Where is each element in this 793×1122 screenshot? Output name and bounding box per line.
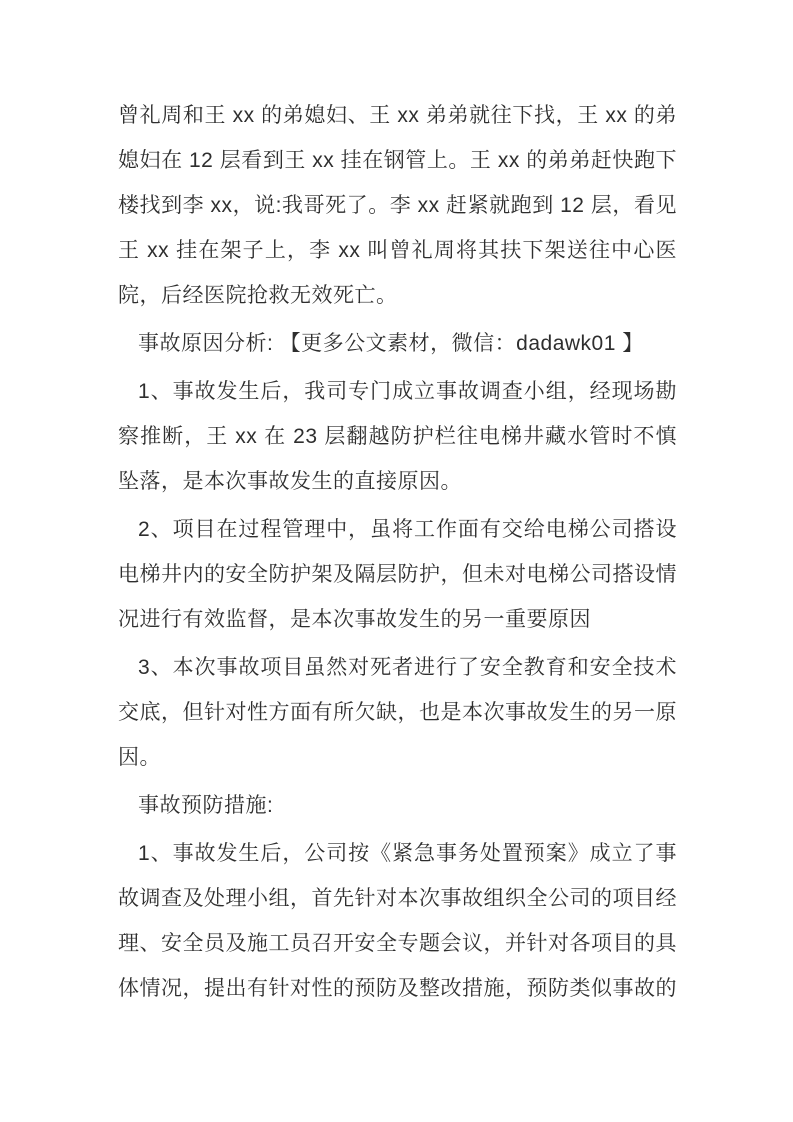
paragraph-cause-2: 2、项目在过程管理中，虽将工作面有交给电梯公司搭设电梯井内的安全防护架及隔层防护… xyxy=(118,507,677,642)
paragraph-cause-3: 3、本次事故项目虽然对死者进行了安全教育和安全技术交底，但针对性方面有所欠缺，也… xyxy=(118,645,677,780)
heading-accident-cause-analysis: 事故原因分析: 【更多公文素材，微信：dadawk01 】 xyxy=(118,321,677,366)
heading-accident-prevention-measures: 事故预防措施: xyxy=(118,783,677,828)
document-page: 曾礼周和王 xx 的弟媳妇、王 xx 弟弟就往下找，王 xx 的弟媳妇在 12 … xyxy=(0,0,793,1122)
paragraph-rescue-account: 曾礼周和王 xx 的弟媳妇、王 xx 弟弟就往下找，王 xx 的弟媳妇在 12 … xyxy=(118,93,677,318)
paragraph-cause-1: 1、事故发生后，我司专门成立事故调查小组，经现场勘察推断，王 xx 在 23 层… xyxy=(118,369,677,504)
paragraph-prevention-1: 1、事故发生后，公司按《紧急事务处置预案》成立了事故调查及处理小组，首先针对本次… xyxy=(118,831,677,1011)
